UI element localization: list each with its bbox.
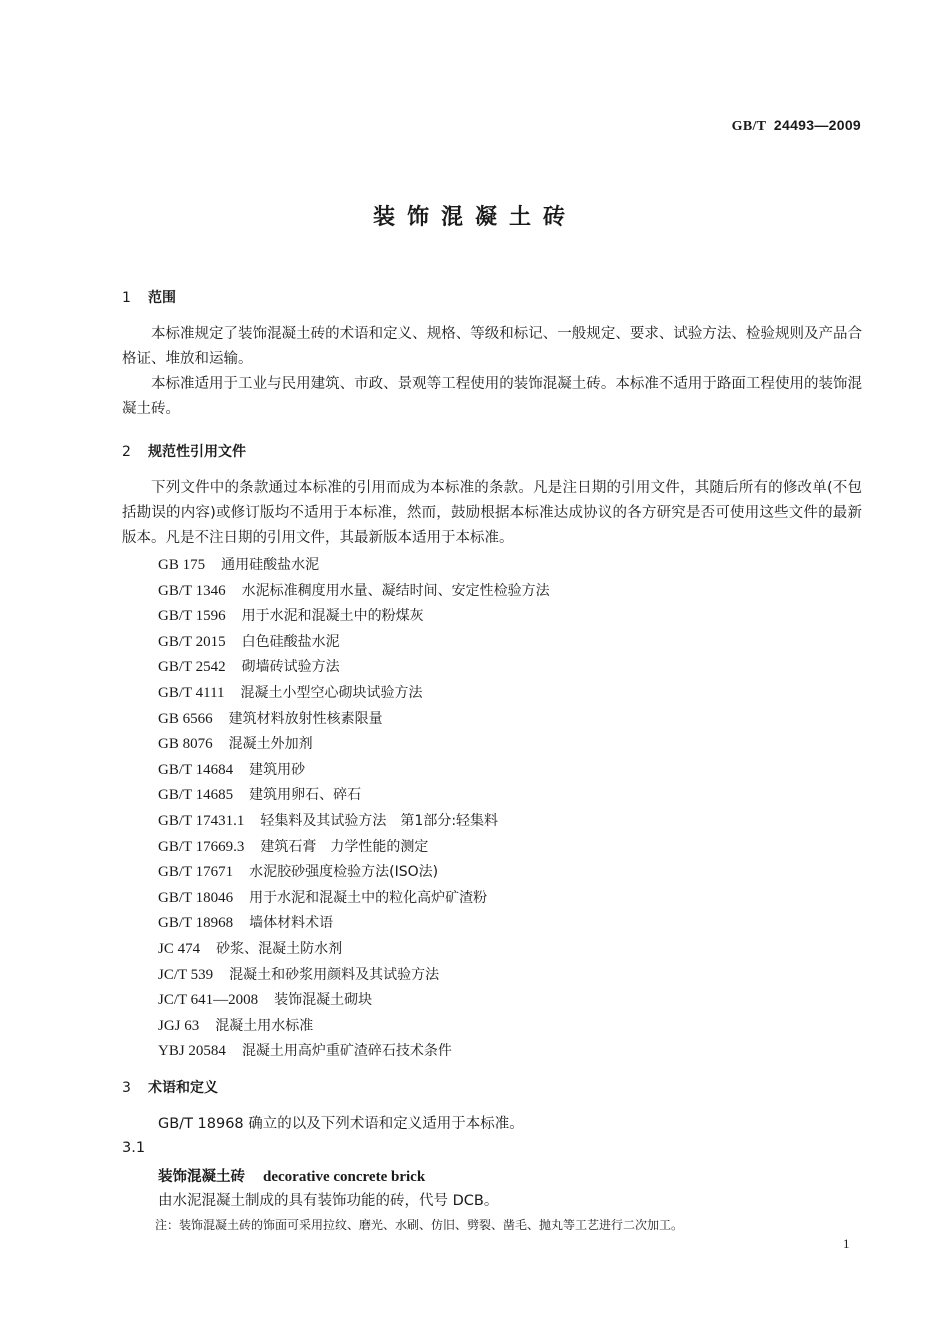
reference-item: GB/T 18968墙体材料术语 — [158, 911, 550, 937]
section-3-heading: 3术语和定义 — [122, 1077, 218, 1097]
reference-title: 混凝土用高炉重矿渣碎石技术条件 — [242, 1043, 452, 1059]
reference-title: 墙体材料术语 — [249, 915, 333, 931]
reference-code: GB/T 14685 — [158, 787, 233, 803]
reference-item: GB/T 1596用于水泥和混凝土中的粉煤灰 — [158, 604, 550, 630]
reference-code: JGJ 63 — [158, 1018, 199, 1034]
section-2-heading: 2规范性引用文件 — [122, 441, 246, 461]
reference-item: JC 474砂浆、混凝土防水剂 — [158, 937, 550, 963]
reference-code: GB/T 14684 — [158, 762, 233, 778]
reference-item: GB/T 17431.1轻集料及其试验方法 第1部分:轻集料 — [158, 809, 550, 835]
reference-title: 砌墙砖试验方法 — [242, 659, 340, 675]
reference-title: 水泥标准稠度用水量、凝结时间、安定性检验方法 — [242, 583, 550, 599]
reference-code: JC/T 539 — [158, 967, 213, 983]
reference-title: 砂浆、混凝土防水剂 — [216, 941, 342, 957]
reference-item: GB/T 1346水泥标准稠度用水量、凝结时间、安定性检验方法 — [158, 579, 550, 605]
reference-title: 白色硅酸盐水泥 — [242, 634, 340, 650]
section-1-paragraph-1: 本标准规定了装饰混凝土砖的术语和定义、规格、等级和标记、一般规定、要求、试验方法… — [122, 322, 862, 372]
reference-item: GB 6566建筑材料放射性核素限量 — [158, 707, 550, 733]
reference-title: 水泥胶砂强度检验方法(ISO法) — [249, 864, 438, 880]
reference-item: GB/T 17671水泥胶砂强度检验方法(ISO法) — [158, 860, 550, 886]
reference-code: GB 8076 — [158, 736, 213, 752]
reference-title: 混凝土小型空心砌块试验方法 — [241, 685, 423, 701]
reference-code: GB/T 1596 — [158, 608, 226, 624]
section-number: 3 — [122, 1080, 148, 1096]
reference-title: 混凝土用水标准 — [215, 1018, 313, 1034]
reference-list: GB 175通用硅酸盐水泥 GB/T 1346水泥标准稠度用水量、凝结时间、安定… — [158, 553, 550, 1065]
reference-item: GB/T 18046用于水泥和混凝土中的粒化高炉矿渣粉 — [158, 886, 550, 912]
reference-item: YBJ 20584混凝土用高炉重矿渣碎石技术条件 — [158, 1039, 550, 1065]
section-title: 术语和定义 — [148, 1080, 218, 1096]
reference-item: GB 8076混凝土外加剂 — [158, 732, 550, 758]
reference-title: 用于水泥和混凝土中的粒化高炉矿渣粉 — [249, 890, 487, 906]
reference-code: GB/T 2542 — [158, 659, 226, 675]
document-title: 装饰混凝土砖 — [0, 200, 950, 231]
reference-title: 装饰混凝土砌块 — [274, 992, 372, 1008]
reference-title: 建筑用砂 — [249, 762, 305, 778]
reference-title: 建筑材料放射性核素限量 — [229, 711, 383, 727]
reference-title: 通用硅酸盐水泥 — [221, 557, 319, 573]
reference-code: GB/T 17431.1 — [158, 813, 244, 829]
term-definition: 由水泥混凝土制成的具有装饰功能的砖，代号 DCB。 — [158, 1189, 498, 1210]
section-number: 1 — [122, 290, 148, 306]
reference-item: JC/T 539混凝土和砂浆用颜料及其试验方法 — [158, 963, 550, 989]
reference-code: GB/T 2015 — [158, 634, 226, 650]
reference-item: JC/T 641—2008装饰混凝土砌块 — [158, 988, 550, 1014]
reference-title: 混凝土和砂浆用颜料及其试验方法 — [229, 967, 439, 983]
section-1-heading: 1范围 — [122, 287, 176, 307]
reference-title: 建筑用卵石、碎石 — [249, 787, 361, 803]
reference-code: JC 474 — [158, 941, 200, 957]
reference-code: GB/T 17669.3 — [158, 839, 244, 855]
subsection-number: 3.1 — [122, 1140, 145, 1156]
reference-code: GB/T 18968 — [158, 915, 233, 931]
reference-title: 建筑石膏 力学性能的测定 — [260, 839, 428, 855]
section-3-intro: GB/T 18968 确立的以及下列术语和定义适用于本标准。 — [158, 1112, 524, 1133]
reference-code: GB/T 1346 — [158, 583, 226, 599]
term-chinese: 装饰混凝土砖 — [158, 1169, 245, 1185]
reference-code: GB/T 17671 — [158, 864, 233, 880]
reference-code: GB 175 — [158, 557, 205, 573]
reference-title: 用于水泥和混凝土中的粉煤灰 — [242, 608, 424, 624]
reference-item: GB/T 14684建筑用砂 — [158, 758, 550, 784]
reference-title: 混凝土外加剂 — [229, 736, 313, 752]
reference-item: GB/T 17669.3建筑石膏 力学性能的测定 — [158, 835, 550, 861]
reference-item: GB/T 2542砌墙砖试验方法 — [158, 655, 550, 681]
section-2-paragraph-1: 下列文件中的条款通过本标准的引用而成为本标准的条款。凡是注日期的引用文件，其随后… — [122, 476, 862, 551]
section-title: 规范性引用文件 — [148, 444, 246, 460]
standard-code: 24493—2009 — [774, 117, 861, 133]
section-1-paragraph-2: 本标准适用于工业与民用建筑、市政、景观等工程使用的装饰混凝土砖。本标准不适用于路… — [122, 372, 862, 422]
reference-item: GB/T 14685建筑用卵石、碎石 — [158, 783, 550, 809]
section-title: 范围 — [148, 290, 176, 306]
reference-code: JC/T 641—2008 — [158, 992, 258, 1008]
reference-item: GB 175通用硅酸盐水泥 — [158, 553, 550, 579]
section-number: 2 — [122, 444, 148, 460]
reference-code: YBJ 20584 — [158, 1043, 226, 1059]
standard-number: GB/T 24493—2009 — [732, 117, 861, 135]
reference-code: GB 6566 — [158, 711, 213, 727]
reference-item: GB/T 4111混凝土小型空心砌块试验方法 — [158, 681, 550, 707]
term-note: 注：装饰混凝土砖的饰面可采用拉纹、磨光、水刷、仿旧、劈裂、凿毛、抛丸等工艺进行二… — [155, 1216, 683, 1233]
page-number: 1 — [843, 1236, 850, 1252]
reference-code: GB/T 4111 — [158, 685, 225, 701]
standard-prefix: GB/T — [732, 119, 767, 134]
reference-code: GB/T 18046 — [158, 890, 233, 906]
reference-item: JGJ 63混凝土用水标准 — [158, 1014, 550, 1040]
term-heading: 装饰混凝土砖decorative concrete brick — [158, 1165, 425, 1186]
term-english: decorative concrete brick — [263, 1169, 425, 1185]
reference-item: GB/T 2015白色硅酸盐水泥 — [158, 630, 550, 656]
reference-title: 轻集料及其试验方法 第1部分:轻集料 — [260, 813, 498, 829]
